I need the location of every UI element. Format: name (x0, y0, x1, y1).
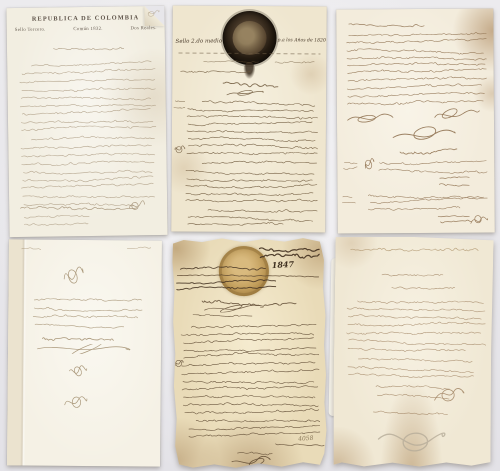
signature-swash (36, 344, 142, 355)
corner-mark (144, 8, 160, 17)
annotation-handwriting (202, 58, 260, 67)
rubric-flourish (64, 390, 90, 410)
date-line (346, 19, 424, 30)
heading-line (349, 244, 479, 257)
signature-flourish (230, 456, 278, 468)
note-signature (437, 175, 469, 189)
body-handwriting (346, 354, 474, 382)
corner-mark (127, 244, 151, 253)
annotation-handwriting (274, 58, 314, 67)
head-line (176, 278, 276, 295)
salutation-line (391, 283, 455, 294)
note-handwriting (377, 158, 487, 175)
note-initial-flourish (362, 155, 375, 172)
large-flourish (377, 422, 453, 457)
body-handwriting (19, 60, 156, 136)
body-handwriting (186, 98, 318, 161)
salutation-line (381, 271, 443, 282)
signature-line (274, 439, 324, 449)
title-handwriting (52, 42, 124, 54)
body-handwriting (346, 31, 487, 110)
date-line (180, 68, 250, 78)
body-handwriting (346, 296, 487, 356)
footnote-handwriting (23, 213, 89, 230)
signature-flourish (392, 123, 462, 145)
sello-script-right: p.a los Años de 1820 y 1821 (278, 38, 327, 43)
document-bottom-left (7, 239, 162, 466)
document-bottom-middle-wrapper: 1847 4058 (173, 238, 326, 468)
document-top-middle: Sello 2.do medio p.a los Años de 1820 y … (171, 5, 327, 232)
body-handwriting (185, 160, 317, 208)
note-label (341, 159, 357, 173)
signature-flourish (127, 198, 147, 212)
document-bottom-middle: 1847 4058 (171, 237, 327, 469)
heading-flourish (61, 262, 87, 288)
rubric-flourish (470, 212, 490, 226)
document-bottom-right-wrapper (334, 237, 492, 468)
salutation-flourish (224, 89, 270, 97)
note-signature (438, 213, 472, 227)
document-top-right (336, 8, 495, 233)
note-handwriting (367, 190, 487, 214)
sello-script-left: Sello 2.do medio (176, 38, 223, 44)
body-handwriting (32, 296, 144, 332)
stamp-line-center: Común 1832. (73, 27, 102, 32)
signature-flourish (432, 107, 482, 121)
signature-line (397, 147, 457, 157)
year-inscription: 1847 (272, 259, 295, 270)
note-label (342, 193, 356, 207)
photo-of-documents: REPUBLICA DE COLOMBIA Sello Tercero. Com… (0, 0, 500, 471)
small-line (192, 310, 252, 320)
margin-rubric (173, 143, 187, 155)
corner-mark (19, 245, 41, 254)
stamp-line-left: Sello Tercero. (15, 28, 46, 33)
body-handwriting (181, 321, 320, 419)
rubric-flourish (68, 362, 88, 380)
document-top-left: REPUBLICA DE COLOMBIA Sello Tercero. Com… (6, 6, 167, 237)
stamp-line-right: Dos Reales. (130, 26, 156, 31)
printed-header: REPUBLICA DE COLOMBIA (7, 14, 165, 23)
body-handwriting (185, 206, 317, 232)
signature-flourish (345, 111, 400, 123)
fold-crease (20, 239, 27, 465)
closing-rubric (431, 383, 469, 406)
margin-note (173, 97, 185, 111)
document-bottom-right (332, 236, 493, 469)
postscript-line (371, 408, 449, 418)
stamp-line: Sello Tercero. Común 1832. Dos Reales. (15, 26, 157, 33)
